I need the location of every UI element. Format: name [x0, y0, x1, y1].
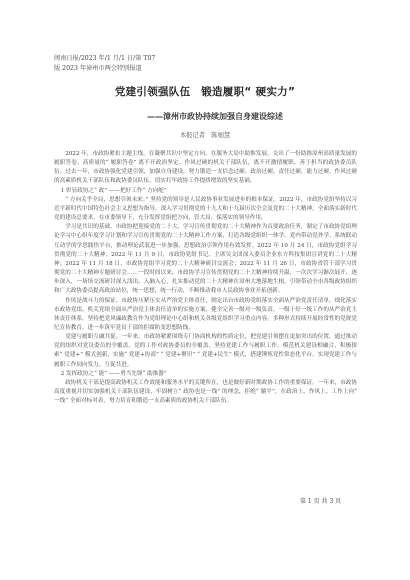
document-page: 闽南日报/2023 年/1 月/1 日/第 T07 版 2023 年漳州市两会特…	[0, 0, 410, 580]
article-title: 党建引领强队伍 锻造履职“ 硬实力”	[0, 84, 410, 99]
source-line: 版 2023 年漳州市两会特别报道	[54, 64, 214, 74]
article-subtitle: ——漳州市政协持续加强自身建设综述	[0, 111, 410, 122]
paragraph: 党建与履职互融共促。一年来，市政协紧紧围绕专门协商机构的性质定位，把党建引领摆在…	[54, 333, 357, 370]
paragraph: 政协机关干部是提高政协机关工作效能和服务水平的关键所在，也是做好新时期政协工作的…	[54, 379, 357, 406]
section-heading: 2 发挥政协之“ 能” ——勇当先锋“ 助推器”	[54, 370, 357, 379]
paragraph: 作风是战斗力的保证。市政协压紧压实从严治党主体责任，制定出台市政协党组落实全面从…	[54, 297, 357, 334]
paragraph: 2022 年，市政协紧扣主题主线，在凝聚共识中坚定方向，在服务大局中助推发展，交…	[54, 150, 357, 187]
source-info: 闽南日报/2023 年/1 月/1 日/第 T07 版 2023 年漳州市两会特…	[54, 54, 214, 74]
article-body: 2022 年，市政协紧扣主题主线，在凝聚共识中坚定方向，在服务大局中助推发展，交…	[54, 150, 357, 406]
article-byline: 本报记者 陈细慧	[0, 130, 410, 139]
section-heading: 1 彰显政协之“ 政” ——把好工作“ 方向舵”	[54, 187, 357, 196]
page-number: 第 1 页 共 3 页	[300, 496, 341, 505]
paragraph: 学习是共识的基础。市政协把迎接党的二十大、学习宣传贯彻党的二十大精神作为首要政治…	[54, 223, 357, 296]
paragraph: “ 方向关乎全局，思想引领未来。” 坚持党的领导是人民政协事业发展进步的根本保证…	[54, 196, 357, 223]
source-line: 闽南日报/2023 年/1 月/1 日/第 T07	[54, 54, 214, 64]
